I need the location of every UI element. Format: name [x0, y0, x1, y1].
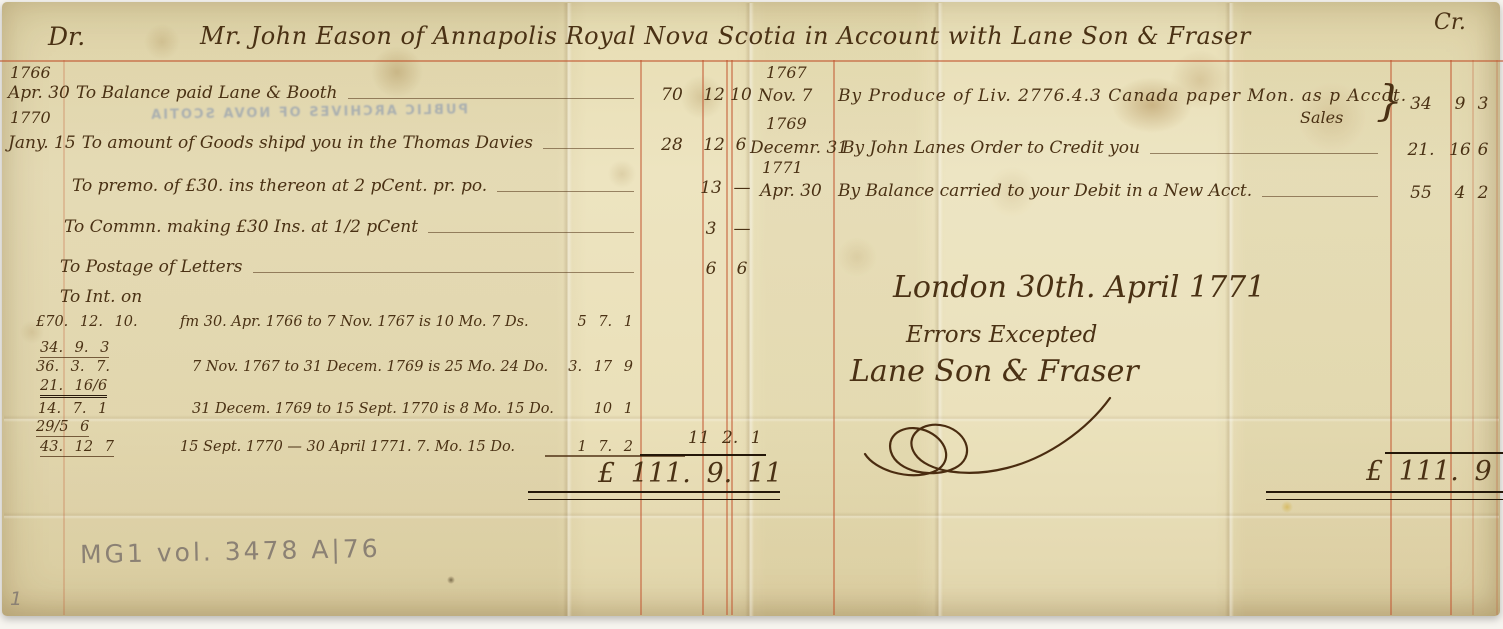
errors-excepted: Errors Excepted: [906, 322, 1097, 348]
entry-row: Apr. 30 To Balance paid Lane & Booth: [8, 83, 642, 103]
entry-row: To Postage of Letters: [60, 257, 642, 277]
amount-shillings: 12: [701, 135, 727, 155]
entry-filler-line: [1262, 196, 1378, 197]
entry-filler-line: [428, 232, 634, 233]
entry-filler-line: [497, 191, 634, 192]
amount-pence: 2: [1471, 183, 1495, 203]
amount-shillings: 16: [1448, 140, 1472, 160]
entry-row: Jany. 15 To amount of Goods shipd you in…: [8, 133, 642, 153]
interest-amount: 21. 16/6: [40, 378, 107, 398]
credit-mark: Cr.: [1434, 10, 1466, 35]
entry-description-line2: Sales: [1300, 108, 1343, 127]
interest-value: 3. 17 9: [548, 359, 633, 375]
entry-description: To Postage of Letters: [60, 257, 243, 277]
interest-amount: £70. 12. 10.: [36, 314, 138, 330]
interest-amount: 29/5 6: [36, 419, 89, 437]
credit-total-rule-top: [1385, 452, 1503, 454]
credit-total-rule: [1266, 491, 1503, 500]
year-label: 1766: [10, 63, 51, 82]
entry-date: Apr. 30: [760, 181, 832, 201]
year-label: 1767: [766, 63, 807, 82]
debit-total-rule: [528, 491, 780, 500]
entry-filler-line: [348, 98, 634, 99]
interest-amount: 14. 7. 1: [38, 401, 107, 417]
interest-period: 15 Sept. 1770 — 30 April 1771. 7. Mo. 15…: [180, 439, 515, 455]
entry-row: Apr. 30 By Balance carried to your Debit…: [760, 181, 1386, 201]
interest-amount: 43. 12 7: [40, 439, 114, 457]
entry-row: Nov. 7 By Produce of Liv. 2776.4.3 Canad…: [758, 86, 1382, 106]
entry-description: By Balance carried to your Debit in a Ne…: [838, 181, 1252, 201]
corner-mark: 1: [10, 588, 22, 610]
amount-shillings: 12: [701, 85, 727, 105]
amount-shillings: 3: [696, 219, 726, 239]
column-rule: [1390, 60, 1392, 615]
entry-description: By Produce of Liv. 2776.4.3 Canada paper…: [838, 86, 1407, 106]
debit-mark: Dr.: [48, 22, 85, 51]
entry-description: To premo. of £30. ins thereon at 2 pCent…: [72, 176, 487, 196]
header-rule: [0, 60, 1503, 62]
entry-description: To Commn. making £30 Ins. at 1/2 pCent: [64, 217, 418, 237]
year-label: 1770: [10, 108, 51, 127]
interest-value: 1 7. 2: [548, 439, 633, 455]
fold-crease-horizontal: [4, 512, 1499, 519]
amount-pounds: 34: [1396, 94, 1446, 114]
entry-date: Nov. 7: [758, 86, 832, 106]
amount-shillings: 4: [1448, 183, 1472, 203]
interest-period: fm 30. Apr. 1766 to 7 Nov. 1767 is 10 Mo…: [180, 314, 529, 330]
interest-amount: 36. 3. 7.: [36, 359, 110, 375]
year-label: 1771: [762, 158, 803, 177]
credit-total: £ 111. 9 11: [1366, 456, 1503, 487]
signature: Lane Son & Fraser: [850, 354, 1139, 389]
signature-flourish: [855, 392, 1125, 480]
entry-date: Apr. 30: [8, 83, 70, 103]
entry-description: To amount of Goods shipd you in the Thom…: [82, 133, 533, 153]
debit-total: £ 111. 9. 11: [598, 458, 782, 489]
amount-shillings: 9: [1448, 94, 1472, 114]
page-title: Mr. John Eason of Annapolis Royal Nova S…: [200, 22, 1210, 50]
entry-description: By John Lanes Order to Credit you: [842, 138, 1140, 158]
amount-pence: 6: [727, 259, 757, 279]
entry-filler-line: [543, 148, 634, 149]
year-label: 1769: [766, 114, 807, 133]
interest-subtotal: 11 2. 1: [688, 428, 762, 448]
entry-row: To premo. of £30. ins thereon at 2 pCent…: [72, 176, 642, 196]
interest-period: 7 Nov. 1767 to 31 Decem. 1769 is 25 Mo. …: [192, 359, 548, 375]
subtotal-rule: [640, 454, 766, 456]
entry-date: Decemr. 31: [750, 138, 836, 158]
interest-period: 31 Decem. 1769 to 15 Sept. 1770 is 8 Mo.…: [192, 401, 554, 417]
amount-pounds: 70: [644, 85, 700, 105]
amount-pence: 3: [1471, 94, 1495, 114]
entry-filler-line: [253, 272, 634, 273]
interest-value: 10 1: [558, 401, 633, 417]
entry-date: Jany. 15: [8, 133, 76, 153]
amount-pence: —: [727, 219, 757, 239]
interest-value: 5 7. 1: [548, 314, 633, 330]
amount-shillings: 6: [696, 259, 726, 279]
closing-place-date: London 30th. April 1771: [893, 270, 1265, 305]
entry-description: To Balance paid Lane & Booth: [76, 83, 338, 103]
entry-filler-line: [1150, 153, 1378, 154]
entry-description: To Int. on: [60, 287, 142, 307]
column-rule: [1496, 60, 1498, 615]
amount-pounds: 21.: [1396, 140, 1446, 160]
entry-row: To Commn. making £30 Ins. at 1/2 pCent: [64, 217, 642, 237]
interest-amount: 34. 9. 3: [40, 340, 109, 358]
amount-shillings: 13: [696, 178, 726, 198]
entry-row: Decemr. 31 By John Lanes Order to Credit…: [750, 138, 1386, 158]
amount-pounds: 55: [1396, 183, 1446, 203]
amount-pence: 6: [1471, 140, 1495, 160]
amount-pence: —: [727, 178, 757, 198]
amount-pence: 10: [729, 85, 753, 105]
amount-pounds: 28: [644, 135, 700, 155]
